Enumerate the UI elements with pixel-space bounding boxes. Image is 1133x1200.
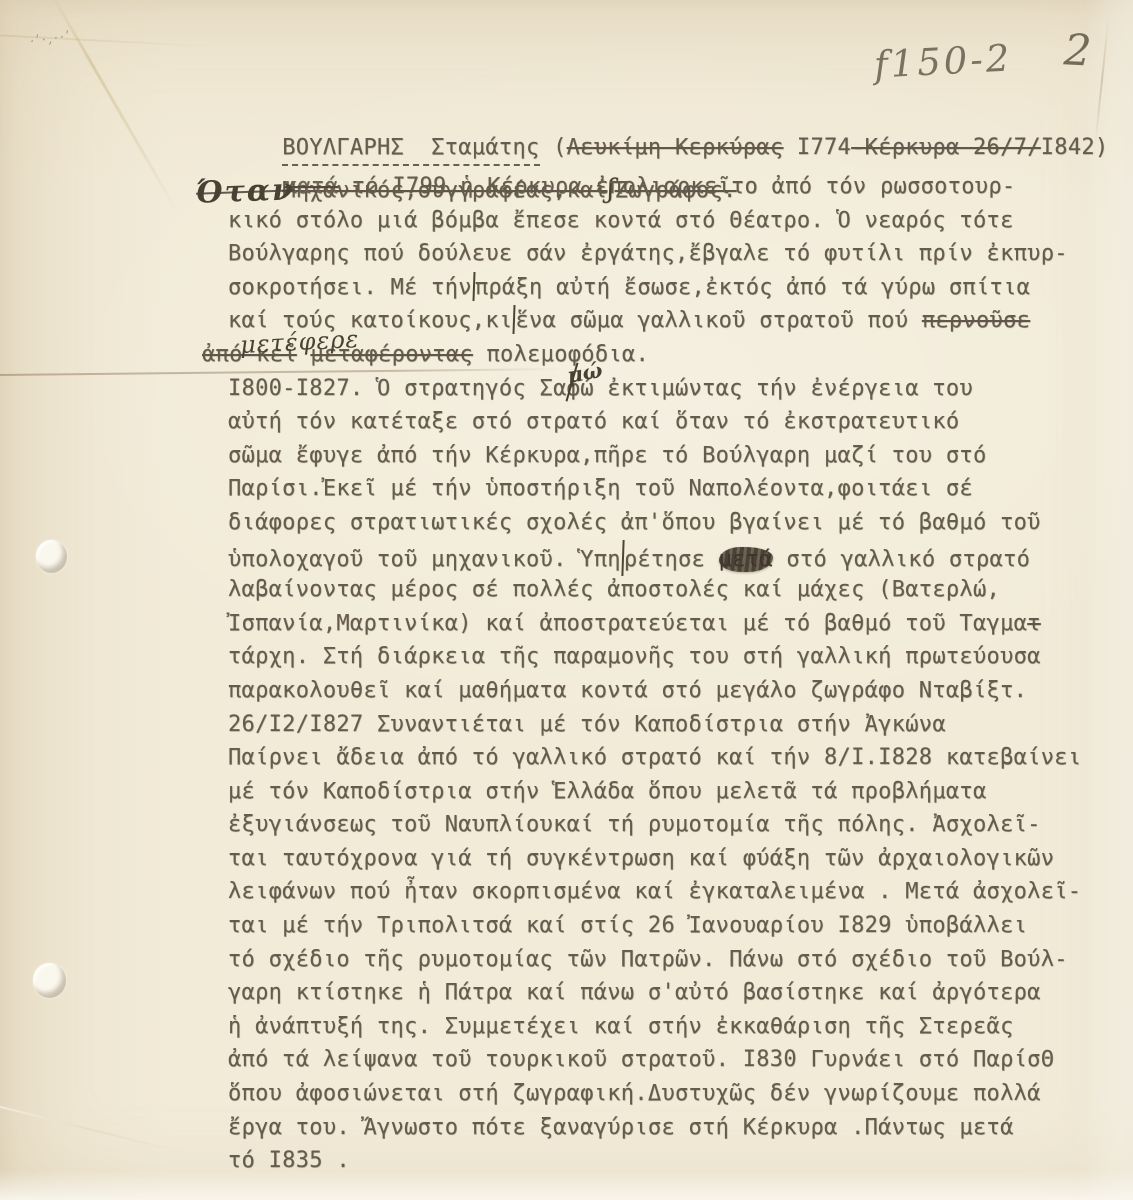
body-line: 26/I2/I827 Συναντιέται μέ τόν Καποδίστρι… [228,708,1081,742]
typed-text: ώ ἐκτιμώντας τήν ἐνέργεια του [580,376,973,401]
body-line: λαβαίνοντας μέρος σέ πολλές ἀποστολές κα… [228,573,1081,607]
death-year: I842) [1041,135,1109,160]
punch-hole [36,540,67,573]
body-line: κατά τό I799,ἡ Κέρκυρα ἐπολιορκεῖτο ἀπό … [284,170,1081,204]
typed-text: κικό στόλο μιά βόμβα ἔπεσε κοντά στό Θέα… [228,208,1014,233]
body-line: μέ τόν Καποδίστρια στήν Ἑλλάδα ὅπου μελε… [228,775,1081,809]
body-line: αὐτή τόν κατέταξε στό στρατό καί ὅταν τό… [228,405,1081,439]
body-line: ὅπου ἀφοσιώνεται στή ζωγραφική.Δυστυχῶς … [228,1077,1081,1111]
scanned-typescript-page: ·ʹ·,··ʹ f150-2 2 ΒΟΥΛΓΑΡΗΣ Σταμάτης (Λευ… [0,0,1133,1200]
typed-text: Βούλγαρης πού δούλευε σάν ἐργάτης,ἔβγαλε… [228,241,1068,266]
typed-text: τό I799,ἡ Κέρκυρα ἐπολιορκεῖτο ἀπό τόν ρ… [338,174,1015,199]
typed-text: διάφορες στρατιωτικές σχολές ἀπ'ὅπου βγα… [228,510,1041,535]
typed-text: σοκροτήσει. Μέ τήν [228,275,472,300]
handwritten-inserted-word: Όταν [195,172,295,210]
typed-text: ἡ ἀνάπτυξή της. Συμμετέχει καί στήν ἐκκα… [228,1014,1014,1039]
body-line: ἔργα του. Ἄγνωστο πότε ξαναγύρισε στή Κέ… [228,1111,1081,1145]
body-line: ἐξυγιάνσεως τοῦ Ναυπλίουκαί τή ρυμοτομία… [228,808,1081,842]
typed-text: Παίρνει ἄδεια ἀπό τό γαλλικό στρατό καί … [228,745,1081,770]
crease-line [0,1103,191,1156]
body-line: I800-I827. Ὁ στρατηγός Σαφώ ἐκτιμώντας τ… [228,372,1081,406]
typed-text: στό γαλλικό στρατό [773,547,1030,572]
typed-text: παρακολουθεῖ καί μαθήματα κοντά στό μεγά… [228,678,1027,703]
birth-year: I774 [783,135,851,160]
body-lines: κατά τό I799,ἡ Κέρκυρα ἐπολιορκεῖτο ἀπό … [228,170,1081,1178]
typed-text: ται ταυτόχρονα γιά τή συγκέντρωση καί φύ… [228,846,1054,871]
typed-text: 26/I2/I827 Συναντιέται μέ τόν Καποδίστρι… [228,712,946,737]
typed-text: ὑπολοχαγοῦ τοῦ μηχανικοῦ. Ὑπη [228,547,621,572]
body-line: κικό στόλο μιά βόμβα ἔπεσε κοντά στό Θέα… [228,204,1081,238]
typed-text: ἕνα σῶμα γαλλικοῦ στρατοῦ πού [515,308,921,333]
body-line: Βούλγαρης πού δούλευε σάν ἐργάτης,ἔβγαλε… [228,237,1081,271]
body-line: παρακολουθεῖ καί μαθήματα κοντά στό μεγά… [228,674,1081,708]
typed-text: ρέτησε [624,547,719,572]
body-line: λειφάνων πού ἦταν σκορπισμένα καί ἐγκατα… [228,875,1081,909]
body-line: σοκροτήσει. Μέ τήνπράξη αὐτή ἔσωσε,ἐκτός… [228,271,1081,305]
typed-text: αὐτή τόν κατέταξε στό στρατό καί ὅταν τό… [228,409,959,434]
typed-text: μέ τόν Καποδίστρια στήν Ἑλλάδα ὅπου μελε… [228,779,987,804]
body-line: τάρχη. Στή διάρκεια τῆς παραμονῆς του στ… [228,640,1081,674]
body-line: Ἰσπανία,Μαρτινίκα) καί ἀποστρατεύεται μέ… [228,607,1081,641]
typed-text: Ἰσπανία,Μαρτινίκα) καί ἀποστρατεύεται μέ… [228,611,1027,636]
body-line: διάφορες στρατιωτικές σχολές ἀπ'ὅπου βγα… [228,506,1081,540]
typed-text: τάρχη. Στή διάρκεια τῆς παραμονῆς του στ… [228,644,1041,669]
typed-text: ἀπό τά λείψανα τοῦ τουρκικοῦ στρατοῦ. I8… [228,1047,1054,1072]
body-line: ὑπολοχαγοῦ τοῦ μηχανικοῦ. Ὑπηρέτησε μετά… [228,540,1081,574]
body-line: γαρη κτίστηκε ἡ Πάτρα καί πάνω σ'αὐτό βα… [228,976,1081,1010]
typed-text: λειφάνων πού ἦταν σκορπισμένα καί ἐγκατα… [228,879,1081,904]
body-line: ται μέ τήν Τριπολιτσά καί στίς 26 Ἰανουα… [228,909,1081,943]
body-line: τό σχέδιο τῆς ρυμοτομίας τῶν Πατρῶν. Πάν… [228,943,1081,977]
body-line: τό I835 . [228,1144,1081,1178]
archive-code-annotation: f150-2 [873,36,1013,86]
typed-text: λαβαίνοντας μέρος σέ πολλές ἀποστολές κα… [228,577,1000,602]
typed-text: τό σχέδιο τῆς ρυμοτομίας τῶν Πατρῶν. Πάν… [228,947,1068,972]
scribbled-out-word: μετά [719,547,773,572]
body-line: ἡ ἀνάπτυξή της. Συμμετέχει καί στήν ἐκκα… [228,1010,1081,1044]
typed-text: τό I835 . [228,1148,350,1173]
body-line: Παρίσι.Ἐκεῖ μέ τήν ὑποστήριξη τοῦ Ναπολέ… [228,472,1081,506]
body-line: Παίρνει ἄδεια ἀπό τό γαλλικό στρατό καί … [228,741,1081,775]
typed-text: ἐξυγιάνσεως τοῦ Ναυπλίουκαί τή ρυμοτομία… [228,812,1041,837]
typed-text: I800-I827. Ὁ στρατηγός Σα [228,376,567,401]
typed-text: πολεμοφόδια. [473,342,649,367]
body-line: ται ταυτόχρονα γιά τή συγκέντρωση καί φύ… [228,842,1081,876]
typed-text: σῶμα ἔφυγε ἀπό τήν Κέρκυρα,πῆρε τό Βούλγ… [228,443,987,468]
struck-letter: τ [1027,611,1041,636]
body-line: ἀπό τά λείψανα τοῦ τουρκικοῦ στρατοῦ. I8… [228,1043,1081,1077]
typed-text: ἔργα του. Ἄγνωστο πότε ξαναγύρισε στή Κέ… [228,1115,1014,1140]
typed-text: Παρίσι.Ἐκεῖ μέ τήν ὑποστήριξη τοῦ Ναπολέ… [228,476,973,501]
typed-text: ὅπου ἀφοσιώνεται στή ζωγραφική.Δυστυχῶς … [228,1081,1041,1106]
body-line: σῶμα ἔφυγε ἀπό τήν Κέρκυρα,πῆρε τό Βούλγ… [228,439,1081,473]
struck-word: περνοῦσε [922,308,1030,333]
typed-text: πράξη αὐτή ἔσωσε,ἐκτός ἀπό τά γύρω σπίτι… [475,275,1030,300]
punch-hole [33,963,66,998]
struck-deathplace: -Κέρκυρα 26/7/ [851,135,1041,160]
page-number-annotation: 2 [1063,25,1093,76]
corner-pencil-scribble: ·ʹ·,··ʹ [29,29,73,50]
typed-text: ται μέ τήν Τριπολιτσά καί στίς 26 Ἰανουα… [228,913,1027,938]
typed-text: γαρη κτίστηκε ἡ Πάτρα καί πάνω σ'αὐτό βα… [228,980,1041,1005]
